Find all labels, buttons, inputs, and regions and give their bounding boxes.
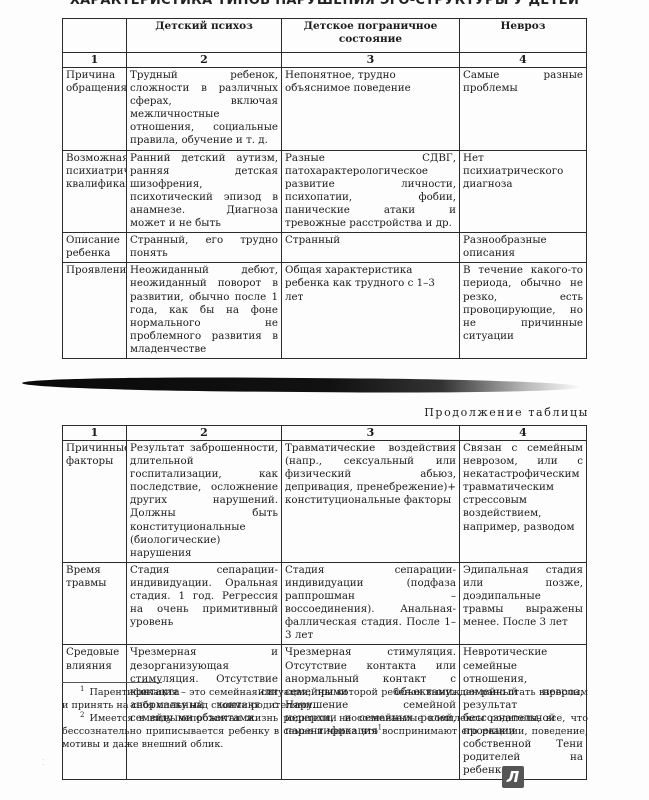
column-number: 1 xyxy=(63,426,127,441)
column-number: 4 xyxy=(460,53,587,68)
table-cell: Общая характеристика ребенка как трудног… xyxy=(282,263,460,359)
scan-artifact: ⁚ xyxy=(42,758,50,772)
footnote-mark: 2 xyxy=(80,711,84,719)
table-row: Причина обращения Трудный ребенок, сложн… xyxy=(63,68,587,151)
table-cell: Разные СДВГ, патохарактерологическое раз… xyxy=(282,150,460,233)
footnote-text: Парентификация – это семейная ситуация, … xyxy=(62,687,588,711)
table-cell: Стадия сепарации-индивидуации (подфаза р… xyxy=(282,562,460,645)
row-label: Возможная психиатрическая квалификация xyxy=(63,150,127,233)
ink-brush-stroke-divider xyxy=(22,376,582,394)
table-cell: Стадия сепарации-индивидуации. Оральная … xyxy=(127,562,282,645)
table-cell: Травматические воздействия (напр., сексу… xyxy=(282,441,460,563)
table-row: Причинные факторы Результат заброшенност… xyxy=(63,441,587,563)
row-label: Причина обращения xyxy=(63,68,127,151)
column-number: 2 xyxy=(127,53,282,68)
footnotes: 1Парентификация – это семейная ситуация,… xyxy=(62,686,588,751)
footnote-mark: 1 xyxy=(80,685,84,693)
column-number: 4 xyxy=(460,426,587,441)
column-number: 1 xyxy=(63,53,127,68)
table-cell: Трудный ребенок, сложности в различных с… xyxy=(127,68,282,151)
header-child-psychosis: Детский психоз xyxy=(127,19,282,53)
table-cell: Связан с семейным неврозом, или с неката… xyxy=(460,441,587,563)
header-neurosis: Невроз xyxy=(460,19,587,53)
table-cell: Эдипальная стадия или позже, доэдипальны… xyxy=(460,562,587,645)
table-cell: Разнообразные описания xyxy=(460,233,587,263)
row-label: Причинные факторы xyxy=(63,441,127,563)
table-cell: Нет психиатрического диагноза xyxy=(460,150,587,233)
footnote-1: 1Парентификация – это семейная ситуация,… xyxy=(62,686,588,712)
table-row: Время травмы Стадия сепарации-индивидуац… xyxy=(63,562,587,645)
labirint-logo-icon[interactable]: Л xyxy=(502,766,524,788)
table-cell: Странный xyxy=(282,233,460,263)
table-cell: Неожиданный дебют, неожиданный поворот в… xyxy=(127,263,282,359)
row-label: Описание ребенка xyxy=(63,233,127,263)
header-cell-empty xyxy=(63,19,127,53)
table-cell: В течение какого-то периода, обычно не р… xyxy=(460,263,587,359)
page-title: ХАРАКТЕРИСТИКА ТИПОВ НАРУШЕНИЯ ЭГО-СТРУК… xyxy=(0,0,649,8)
header-child-borderline: Детское пограничное состояние xyxy=(282,19,460,53)
table-row: Проявления Неожиданный дебют, неожиданны… xyxy=(63,263,587,359)
row-label: Проявления xyxy=(63,263,127,359)
table-row: Описание ребенка Странный, его трудно по… xyxy=(63,233,587,263)
table-cell: Непонятное, трудно объяснимое поведение xyxy=(282,68,460,151)
table-cell: Странный, его трудно понять xyxy=(127,233,282,263)
row-label: Время травмы xyxy=(63,562,127,645)
table-row: Возможная психиатрическая квалификация Р… xyxy=(63,150,587,233)
column-number: 3 xyxy=(282,426,460,441)
footnote-text: Имеется в виду непрожитая жизнь родителя… xyxy=(62,713,588,750)
continuation-label: Продолжение таблицы xyxy=(424,406,589,419)
ego-disorders-table: Детский психоз Детское пограничное состо… xyxy=(62,18,587,359)
column-number: 2 xyxy=(127,426,282,441)
footnote-rule xyxy=(62,682,162,683)
table-cell: Результат заброшенности, длительной госп… xyxy=(127,441,282,563)
table-cell: Самые разные проблемы xyxy=(460,68,587,151)
footnote-2: 2Имеется в виду непрожитая жизнь родител… xyxy=(62,712,588,751)
table-cell: Ранний детский аутизм, ранняя детская ши… xyxy=(127,150,282,233)
column-number: 3 xyxy=(282,53,460,68)
